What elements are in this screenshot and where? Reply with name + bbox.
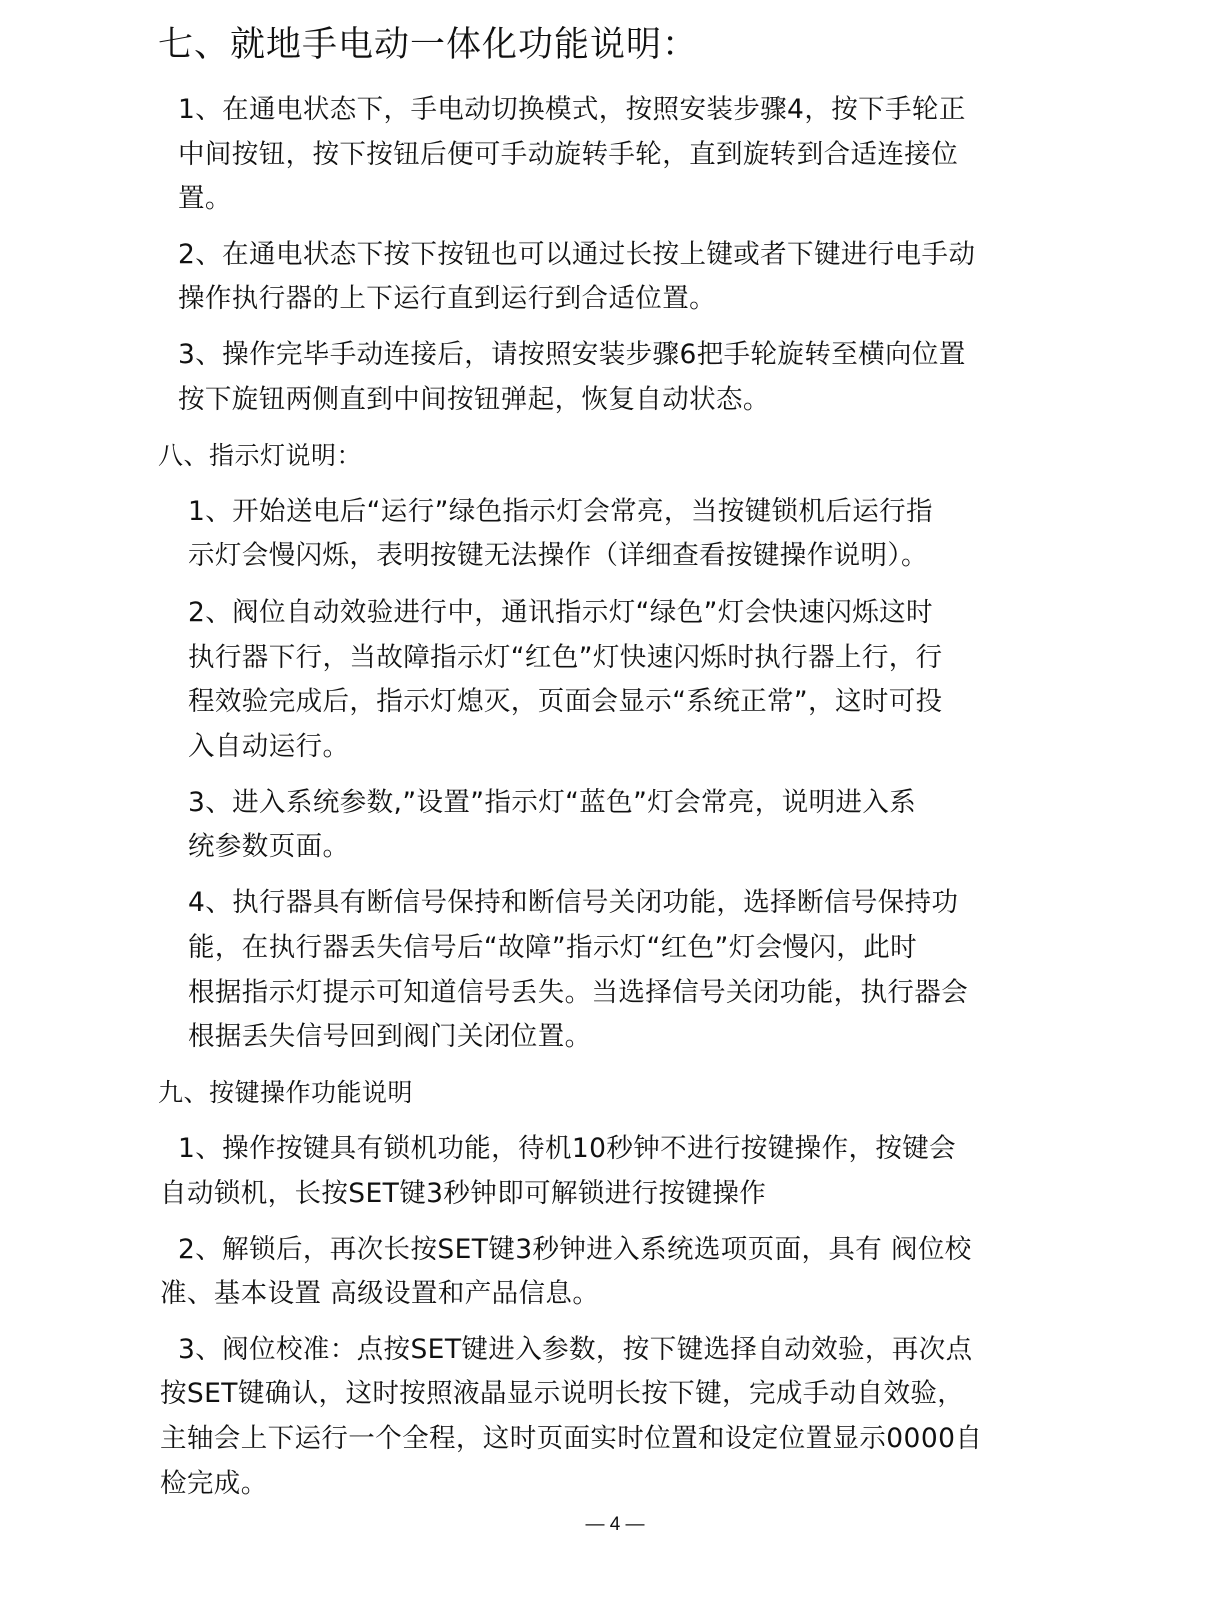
- paragraph-line: 执行器下行，当故障指示灯“红色”灯快速闪烁时执行器上行，行: [188, 645, 943, 672]
- paragraph-line: 1、开始送电后“运行”绿色指示灯会常亮，当按键锁机后运行指: [188, 499, 933, 526]
- paragraph-line: 操作执行器的上下运行直到运行到合适位置。: [178, 286, 716, 313]
- paragraph-line: 4、执行器具有断信号保持和断信号关闭功能，选择断信号保持功: [188, 890, 958, 917]
- paragraph-line: 3、进入系统参数,”设置”指示灯“蓝色”灯会常亮，说明进入系: [188, 790, 916, 817]
- paragraph-line: 中间按钮，按下按钮后便可手动旋转手轮，直到旋转到合适连接位: [178, 142, 958, 169]
- section-heading-8: 八、指示灯说明：: [158, 443, 362, 468]
- paragraph-line: 按SET键确认，这时按照液晶显示说明长按下键，完成手动自效验，: [160, 1381, 964, 1408]
- paragraph-line: 3、操作完毕手动连接后，请按照安装步骤6把手轮旋转至横向位置: [178, 342, 966, 369]
- section-heading-9: 九、按键操作功能说明: [158, 1080, 413, 1105]
- paragraph-line: 入自动运行。: [188, 734, 349, 761]
- paragraph-line: 1、在通电状态下，手电动切换模式，按照安装步骤4，按下手轮正: [178, 97, 966, 124]
- paragraph-line: 统参数页面。: [188, 834, 349, 861]
- paragraph-line: 程效验完成后，指示灯熄灭，页面会显示“系统正常”，这时可投: [188, 689, 943, 716]
- paragraph-line: 按下旋钮两侧直到中间按钮弹起，恢复自动状态。: [178, 387, 770, 414]
- paragraph-line: 1、操作按键具有锁机功能，待机10秒钟不进行按键操作，按键会: [178, 1136, 956, 1163]
- paragraph-line: 2、在通电状态下按下按钮也可以通过长按上键或者下键进行电手动: [178, 242, 975, 269]
- paragraph-line: 2、解锁后，再次长按SET键3秒钟进入系统选项页面，具有 阀位校: [178, 1237, 972, 1264]
- page-number: — 4 —: [0, 1515, 1216, 1534]
- paragraph-line: 3、阀位校准：点按SET键进入参数，按下键选择自动效验，再次点: [178, 1337, 973, 1364]
- paragraph-line: 根据指示灯提示可知道信号丢失。当选择信号关闭功能，执行器会: [188, 980, 968, 1007]
- paragraph-line: 准、基本设置 高级设置和产品信息。: [160, 1281, 599, 1308]
- paragraph-line: 自动锁机，长按SET键3秒钟即可解锁进行按键操作: [160, 1181, 766, 1208]
- paragraph-line: 检完成。: [160, 1471, 268, 1498]
- document-page: 七、就地手电动一体化功能说明： 1、在通电状态下，手电动切换模式，按照安装步骤4…: [0, 0, 1216, 1624]
- paragraph-line: 置。: [178, 186, 232, 213]
- paragraph-line: 2、阀位自动效验进行中，通讯指示灯“绿色”灯会快速闪烁这时: [188, 600, 933, 627]
- section-heading-7: 七、就地手电动一体化功能说明：: [158, 28, 698, 63]
- paragraph-line: 主轴会上下运行一个全程，这时页面实时位置和设定位置显示0000自: [160, 1426, 982, 1453]
- paragraph-line: 能，在执行器丢失信号后“故障”指示灯“红色”灯会慢闪，此时: [188, 935, 917, 962]
- paragraph-line: 示灯会慢闪烁，表明按键无法操作（详细查看按键操作说明）。: [188, 543, 928, 570]
- paragraph-line: 根据丢失信号回到阀门关闭位置。: [188, 1024, 592, 1051]
